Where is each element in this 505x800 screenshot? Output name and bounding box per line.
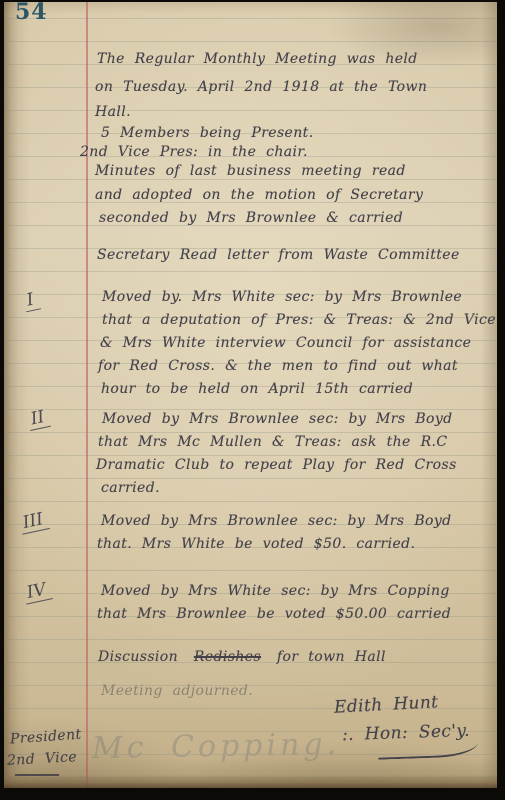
margin-note-underline: [15, 774, 59, 776]
motion-numeral-3: III: [18, 508, 50, 534]
red-margin-line: [86, 2, 88, 788]
discussion-line: Discussion Redishes for town Hall: [98, 648, 392, 666]
minutes-line: on Tuesday. April 2nd 1918 at the Town: [95, 78, 427, 96]
minutes-line: Hall.: [95, 103, 131, 121]
discussion-post: for town Hall: [277, 649, 386, 665]
minutes-line: Minutes of last business meeting read: [95, 162, 406, 180]
motion-2-line: Moved by Mrs Brownlee sec: by Mrs Boyd: [102, 410, 453, 428]
ledger-photo: 54 The Regular Monthly Meeting was held …: [0, 0, 505, 800]
motion-3-line: Moved by Mrs Brownlee sec: by Mrs Boyd: [101, 512, 452, 530]
motion-1-line: hour to be held on April 15th carried: [101, 380, 413, 398]
motion-1-line: Moved by. Mrs White sec: by Mrs Brownlee: [102, 288, 462, 306]
signature-title: :. Hon: Sec'y.: [342, 722, 470, 744]
motion-1-line: for Red Cross. & the men to find out wha…: [98, 357, 458, 375]
ledger-page: 54 The Regular Monthly Meeting was held …: [4, 2, 497, 788]
motion-2-line: that Mrs Mc Mullen & Treas: ask the R.C: [98, 433, 447, 451]
motion-3-line: that. Mrs White be voted $50. carried.: [97, 535, 415, 553]
signature-flourish: [378, 742, 478, 759]
minutes-line: The Regular Monthly Meeting was held: [97, 50, 418, 68]
motion-2-line: Dramatic Club to repeat Play for Red Cro…: [96, 456, 457, 474]
motion-2-line: carried.: [101, 479, 160, 497]
adjournment-line: Meeting adjourned.: [101, 682, 253, 700]
discussion-struck-word: Redishes: [194, 649, 261, 665]
signature-name: Edith Hunt: [334, 693, 439, 716]
minutes-line: Secretary Read letter from Waste Committ…: [97, 246, 460, 264]
motion-numeral-4: IV: [22, 578, 53, 604]
minutes-line: and adopted on the motion of Secretary: [95, 186, 423, 204]
page-number: 54: [15, 2, 48, 25]
discussion-pre: Discussion: [98, 649, 178, 665]
minutes-line: 5 Members being Present.: [101, 124, 314, 142]
motion-4-line: Moved by Mrs White sec: by Mrs Copping: [101, 582, 450, 600]
minutes-line: seconded by Mrs Brownlee & carried: [99, 209, 403, 227]
margin-note-president: President: [9, 726, 82, 749]
motion-4-line: that Mrs Brownlee be voted $50.00 carrie…: [97, 605, 451, 623]
motion-1-line: that a deputation of Pres: & Treas: & 2n…: [102, 311, 497, 329]
page-bottom-edge: [4, 775, 497, 788]
motion-1-line: & Mrs White interview Council for assist…: [100, 334, 471, 352]
margin-note-vice: 2nd Vice: [7, 748, 78, 770]
motion-numeral-2: II: [26, 406, 51, 431]
pencil-note: Mc Copping.: [92, 736, 340, 758]
minutes-line: 2nd Vice Pres: in the chair.: [80, 143, 308, 161]
motion-numeral-1: I: [22, 289, 41, 313]
